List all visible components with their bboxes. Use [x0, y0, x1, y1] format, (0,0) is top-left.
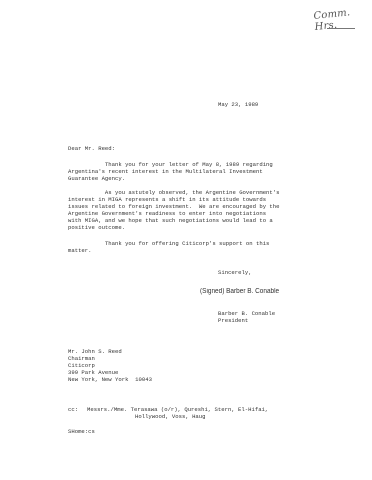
paragraph-line: issues related to foreign investment. We… [68, 203, 279, 210]
recipient-street: 399 Park Avenue [68, 369, 118, 376]
typist-initials: SHome:cs [68, 428, 95, 435]
recipient-name: Mr. John S. Reed [68, 348, 122, 355]
paragraph-line: Thank you for your letter of May 8, 1989… [68, 161, 273, 168]
signer-name: Barber B. Conable [218, 310, 275, 317]
letter-page: Comm. Hrs. May 23, 1989 Dear Mr. Reed: T… [0, 0, 372, 480]
paragraph-line: Guarantee Agency. [68, 175, 125, 182]
paragraph-line: matter. [68, 247, 92, 254]
cc-line: Hollywood, Voss, Haug [135, 413, 206, 420]
letter-date: May 23, 1989 [218, 101, 258, 108]
paragraph-line: As you astutely observed, the Argentine … [68, 189, 279, 196]
recipient-title: Chairman [68, 355, 95, 362]
signature: (Signed) Barber B. Conable [200, 288, 279, 295]
recipient-company: Citicorp [68, 362, 95, 369]
recipient-city: New York, New York 10043 [68, 376, 152, 383]
paragraph-line: Argentina's recent interest in the Multi… [68, 168, 263, 175]
salutation: Dear Mr. Reed: [68, 145, 115, 152]
paragraph-line: Thank you for offering Citicorp's suppor… [68, 240, 269, 247]
signer-title: President [218, 317, 248, 324]
cc-line: Messrs./Mme. Terasawa (o/r), Qureshi, St… [87, 406, 268, 413]
paragraph-line: Argentine Government's readiness to ente… [68, 210, 266, 217]
cc-label: cc: [68, 406, 78, 413]
handwritten-underline [327, 28, 355, 29]
closing: Sincerely, [218, 269, 252, 276]
paragraph-line: positive outcome. [68, 224, 125, 231]
paragraph-line: interest in MIGA represents a shift in i… [68, 196, 266, 203]
paragraph-line: with MIGA, and we hope that such negotia… [68, 217, 273, 224]
